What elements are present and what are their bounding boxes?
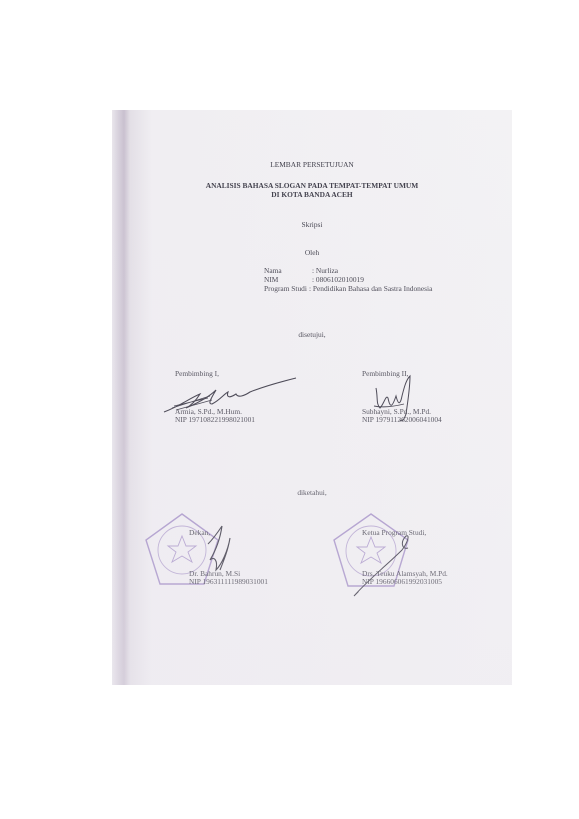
field-value-prodi: : Pendidikan Bahasa dan Sastra Indonesia (309, 284, 432, 293)
field-value-nama: : Nurliza (312, 266, 338, 275)
advisor2-nip: NIP 197911262006041004 (362, 415, 442, 424)
document-header: LEMBAR PERSETUJUAN (112, 160, 512, 169)
field-label-nama: Nama (264, 266, 282, 275)
document-type: Skripsi (112, 220, 512, 229)
field-label-prodi: Program Studi (264, 284, 307, 293)
advisor1-nip: NIP 197108221998021001 (175, 415, 255, 424)
head-nip: NIP 196606061992031005 (362, 577, 442, 586)
field-value-nim: : 0806102010019 (312, 275, 364, 284)
by-label: Oleh (112, 248, 512, 257)
title-line-2: DI KOTA BANDA ACEH (112, 190, 512, 199)
approved-label: disetujui, (112, 330, 512, 339)
head-signature (348, 530, 428, 602)
title-line-1: ANALISIS BAHASA SLOGAN PADA TEMPAT-TEMPA… (112, 181, 512, 190)
dean-nip: NIP 196311111989031001 (189, 577, 268, 586)
acknowledged-label: diketahui, (112, 488, 512, 497)
field-label-nim: NIM (264, 275, 278, 284)
scanned-approval-page: LEMBAR PERSETUJUAN ANALISIS BAHASA SLOGA… (112, 110, 512, 685)
